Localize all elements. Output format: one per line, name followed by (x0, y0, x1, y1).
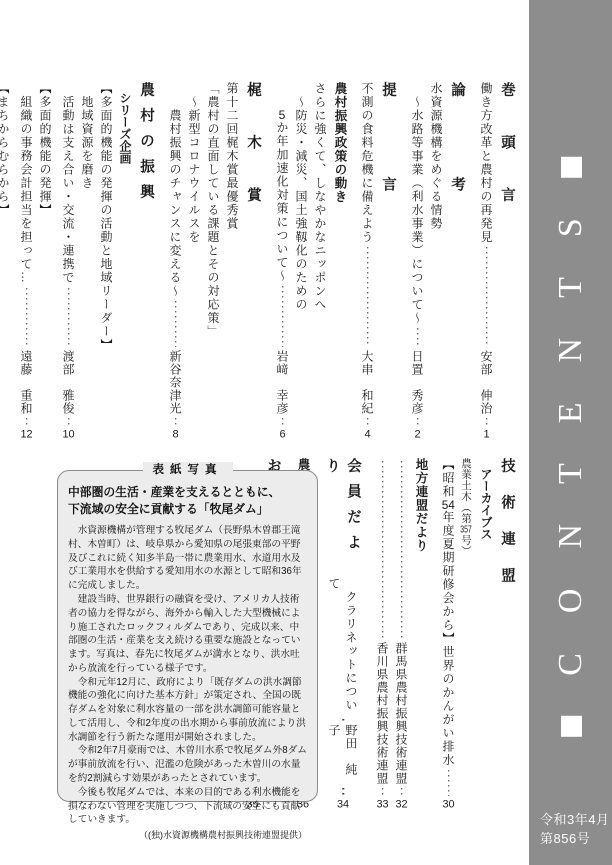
entry-title-line: 第十二回梶木賞最優秀賞 (224, 82, 241, 231)
toc-column: 群馬県農村振興技術連盟32 (393, 458, 410, 810)
entry-title-line: クラリネットについて (326, 577, 360, 716)
toc-column: 農村振興政策の動き (331, 82, 349, 440)
entry-author: 安部 伸治 (478, 350, 495, 415)
entry-title-line: 「農村の直面している課題とその対応策」 (205, 82, 222, 339)
toc-column: 農業土木（第357号） (459, 458, 474, 810)
toc-column: 【多面的機能の発揮】 (37, 82, 54, 440)
section-header: 農村振興政策の動き (331, 82, 349, 204)
entry-author: 香川県農村振興技術連盟 (374, 642, 391, 785)
entry-page-number: 4 (362, 429, 374, 440)
section-header: 巻頭言 (497, 82, 518, 240)
cover-photo-box: 表紙写真 中部圏の生活・産業を支えるとともに、下流域の安全に貢献する「牧尾ダム」… (57, 470, 318, 802)
entry-title-line: 【多面的機能の発揮】 (37, 82, 54, 217)
toc-column: 不測の食料危機に備えよう大串 和紀4 (359, 82, 376, 440)
entry-author: 群馬県農村振興技術連盟 (393, 642, 410, 785)
toc-column: 5か年加速化対策について～岩﨑 幸彦6 (274, 82, 291, 440)
entry-author: 大串 和紀 (359, 350, 376, 415)
entry-title-line: ～水路等事業（利水事業）について～ (409, 82, 426, 325)
toc-column: 水資源機構をめぐる情勢 (428, 82, 445, 440)
cover-title-line: 中部圏の生活・産業を支えるとともに、 (68, 484, 307, 501)
cover-paragraph: 今後も牧尾ダムでは、本来の目的である利水機能を損なわない管理を実施しつつ、下流域… (68, 786, 307, 827)
cover-paragraph: 建設当時、世界銀行の融資を受け、アメリカ人技術者の協力を得ながら、海外から輸入し… (68, 593, 307, 676)
entry-title-line: 【まちからむらから】 (0, 82, 12, 217)
entry-title-line: 【多面的機能の発揮の活動と地域リーダー】 (98, 82, 115, 352)
toc-column: 【多面的機能の発揮の活動と地域リーダー】 (98, 82, 115, 440)
contents-title: CONTENTS (552, 157, 590, 737)
toc-column: アーカイブス (478, 458, 495, 810)
toc-column: 【まちからむらから】 (0, 82, 12, 440)
section-header: 技術連盟 (497, 458, 518, 604)
section-header: 会員だより (322, 458, 364, 577)
magazine-contents-page: 巻頭言働き方改革と農村の再発見安部 伸治1論考水資源機構をめぐる情勢 ～水路等事… (0, 0, 612, 865)
toc-main-block: 巻頭言働き方改革と農村の再発見安部 伸治1論考水資源機構をめぐる情勢 ～水路等事… (0, 82, 520, 440)
toc-column: 会員だより クラリネットについて野田 純子34 (322, 458, 364, 810)
contents-text: CONTENTS (552, 178, 590, 676)
toc-column: 香川県農村振興技術連盟33 (374, 458, 391, 810)
section-header: 地方連盟だより (412, 458, 430, 553)
cover-photo-credit: （(独)水資源機構農村振興技術連盟提供） (68, 829, 307, 842)
toc-column: 組織の事務会計担当を担って…遠藤 重和12 (18, 82, 35, 440)
entry-title-line: 働き方改革と農村の再発見 (478, 82, 495, 244)
entry-author: 岩﨑 幸彦 (274, 350, 291, 415)
toc-column: 第十二回梶木賞最優秀賞 (224, 82, 241, 440)
entry-page-number: 2 (412, 429, 424, 440)
toc-column: ～水路等事業（利水事業）について～日置 秀彦2 (409, 82, 426, 440)
issue-info: 令和3年4月 第856号 (540, 811, 609, 849)
contents-sidebar: CONTENTS 令和3年4月 第856号 (529, 0, 612, 865)
cover-paragraph: 水資源機構が管理する牧尾ダム（長野県木曽郡王滝村、木曽町）は、岐阜県から愛知県の… (68, 524, 307, 593)
issue-number: 第856号 (540, 830, 609, 849)
toc-column: シリーズ企画 (117, 82, 134, 440)
entry-title-line: 水資源機構をめぐる情勢 (428, 82, 445, 231)
entry-title-line: 地域資源を磨き (79, 82, 96, 190)
section-subheader: アーカイブス (478, 468, 495, 540)
entry-title-line: 組織の事務会計担当を担って… (18, 82, 35, 285)
cover-title-line: 下流域の安全に貢献する「牧尾ダム」 (68, 501, 307, 518)
section-header: 提言 (378, 82, 399, 271)
entry-page-number: 32 (396, 799, 408, 810)
toc-column: 技術連盟 (497, 458, 518, 810)
issue-date: 令和3年4月 (540, 811, 609, 830)
section-header: 農村の振興 (136, 82, 157, 210)
entry-author: 新谷奈津光 (167, 350, 184, 415)
square-marker (560, 157, 581, 178)
toc-column: 活動は支え合い・交流・連携で渡部 雅俊10 (60, 82, 77, 440)
toc-column: 地域資源を磨き (79, 82, 96, 440)
toc-column: 働き方改革と農村の再発見安部 伸治1 (478, 82, 495, 440)
entry-author: 遠藤 重和 (18, 350, 35, 415)
toc-column: 農村振興のチャンスに変える～新谷奈津光8 (167, 82, 184, 440)
entry-title-line: ～新型コロナウイルスを (186, 82, 203, 244)
entry-author: 渡部 雅俊 (60, 350, 77, 415)
section-header: 梶木賞 (243, 82, 264, 240)
entry-page-number: 12 (21, 429, 33, 440)
entry-title-line: ～防災・減災、国土強靱化のための (293, 82, 310, 312)
entry-title-line: 5か年加速化対策について～ (274, 82, 291, 283)
toc-column: 提言 (378, 82, 399, 440)
entry-page-number: 30 (443, 799, 455, 810)
toc-column: 【昭和54年度夏期研修会から】世界のかんがい排水30 (440, 458, 457, 810)
section-header: 論考 (447, 82, 468, 271)
entry-title-line: 農業土木（第357号） (459, 458, 474, 557)
toc-column: 梶木賞 (243, 82, 264, 440)
entry-page-number: 10 (63, 429, 75, 440)
entry-title-line: 【昭和54年度夏期研修会から】世界のかんがい排水 (440, 458, 457, 767)
entry-page-number: 1 (481, 429, 493, 440)
entry-author: 日置 秀彦 (409, 350, 426, 415)
toc-column: 地方連盟だより (412, 458, 430, 810)
toc-column: 「農村の直面している課題とその対応策」 (205, 82, 222, 440)
entry-page-number: 6 (277, 429, 289, 440)
cover-photo-title: 中部圏の生活・産業を支えるとともに、下流域の安全に貢献する「牧尾ダム」 (68, 484, 307, 518)
toc-column: 論考 (447, 82, 468, 440)
entry-title-line: 不測の食料危機に備えよう (359, 82, 376, 244)
entry-author: 野田 純子 (326, 724, 360, 785)
section-subheader: シリーズ企画 (117, 92, 134, 164)
toc-column: ～新型コロナウイルスを (186, 82, 203, 440)
entry-page-number: 8 (170, 429, 182, 440)
cover-paragraph: 令和元年12月に、政府により「既存ダムの洪水調節機能の強化に向けた基本方針」が策… (68, 676, 307, 745)
entry-title-line: 農村振興のチャンスに変える～ (167, 82, 184, 298)
entry-page-number: 33 (377, 799, 389, 810)
entry-title-line: さらに強くて、しなやかなニッポンへ (312, 82, 329, 312)
entry-title-line: 活動は支え合い・交流・連携で (60, 82, 77, 285)
toc-column: ～防災・減災、国土強靱化のための (293, 82, 310, 440)
square-marker (560, 716, 581, 737)
cover-photo-label: 表紙写真 (143, 462, 233, 478)
toc-column: さらに強くて、しなやかなニッポンへ (312, 82, 329, 440)
toc-column: 農村の振興 (136, 82, 157, 440)
entry-page-number: 34 (337, 799, 349, 810)
cover-paragraph: 令和2年7月豪雨では、木曽川水系で牧尾ダム外8ダムが事前放流を行い、氾濫の危険が… (68, 744, 307, 785)
toc-column: 巻頭言 (497, 82, 518, 440)
cover-photo-description: 水資源機構が管理する牧尾ダム（長野県木曽郡王滝村、木曽町）は、岐阜県から愛知県の… (68, 524, 307, 827)
